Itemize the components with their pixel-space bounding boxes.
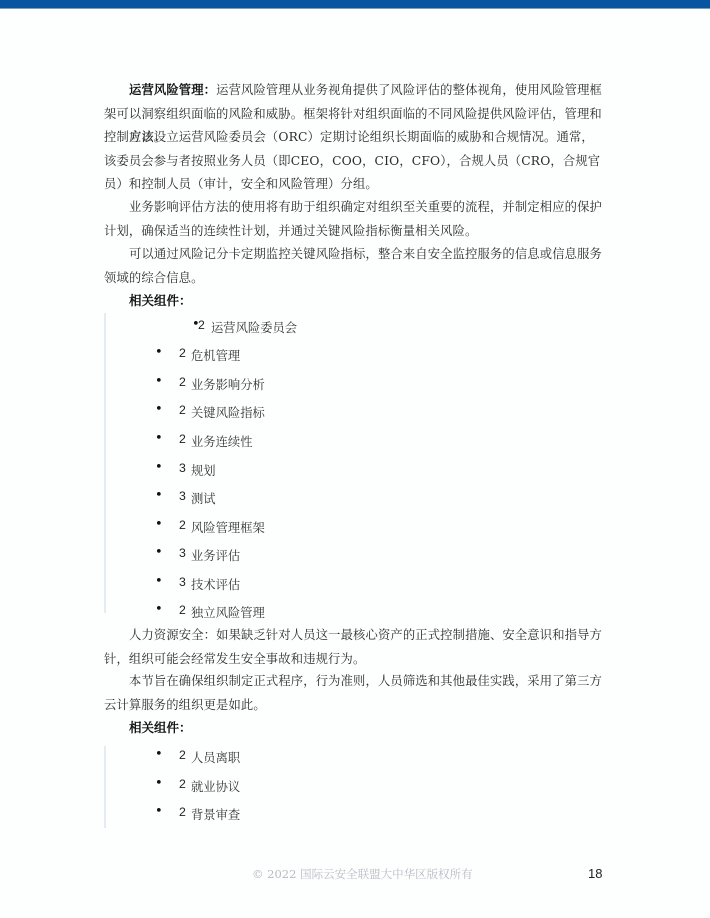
bullet-icon: • (155, 402, 163, 417)
bullet-icon: • (155, 431, 163, 446)
paragraph-kri: 可以通过风险记分卡定期监控关键风险指标，整合来自安全监控服务的信息或信息服务领域… (104, 243, 604, 290)
bullet-icon: • (155, 602, 163, 617)
bullet-icon: • (155, 747, 163, 762)
bullet-icon: • (155, 517, 163, 532)
bullet-icon: • (155, 374, 163, 389)
bullet-icon: • (155, 574, 163, 589)
paragraph-bia: 业务影响评估方法的使用将有助于组织确定对组织至关重要的流程，并制定相应的保护计划… (104, 196, 604, 243)
bullet-icon: • (155, 804, 163, 819)
bullet-icon: • (155, 776, 163, 791)
bullet-icon: • (155, 345, 163, 360)
paragraph-orc: 应该设立运营风险委员会（ORC）定期讨论组织长期面临的威胁和合规情况。通常，该委… (104, 126, 604, 197)
list-border-2 (104, 746, 106, 828)
list-border (104, 313, 106, 613)
bullet-icon: • (155, 488, 163, 503)
header-bar (0, 0, 710, 9)
related-components-heading-2: 相关组件： (129, 718, 192, 736)
bullet-icon: • (155, 545, 163, 560)
page-number: 18 (588, 866, 602, 881)
related-components-heading: 相关组件： (129, 291, 192, 309)
paragraph-hr-security: 人力资源安全：如果缺乏针对人员这一最核心资产的正式控制措施、安全意识和指导方针，… (104, 624, 604, 671)
bullet-icon: • (155, 460, 163, 475)
paragraph-hr-procedures: 本节旨在确保组织制定正式程序，行为准则，人员筛选和其他最佳实践，采用了第三方云计… (104, 670, 604, 717)
footer-copyright: © 2022 国际云安全联盟大中华区版权所有 (252, 866, 473, 882)
term-operational-risk: 运营风险管理： (129, 83, 216, 97)
